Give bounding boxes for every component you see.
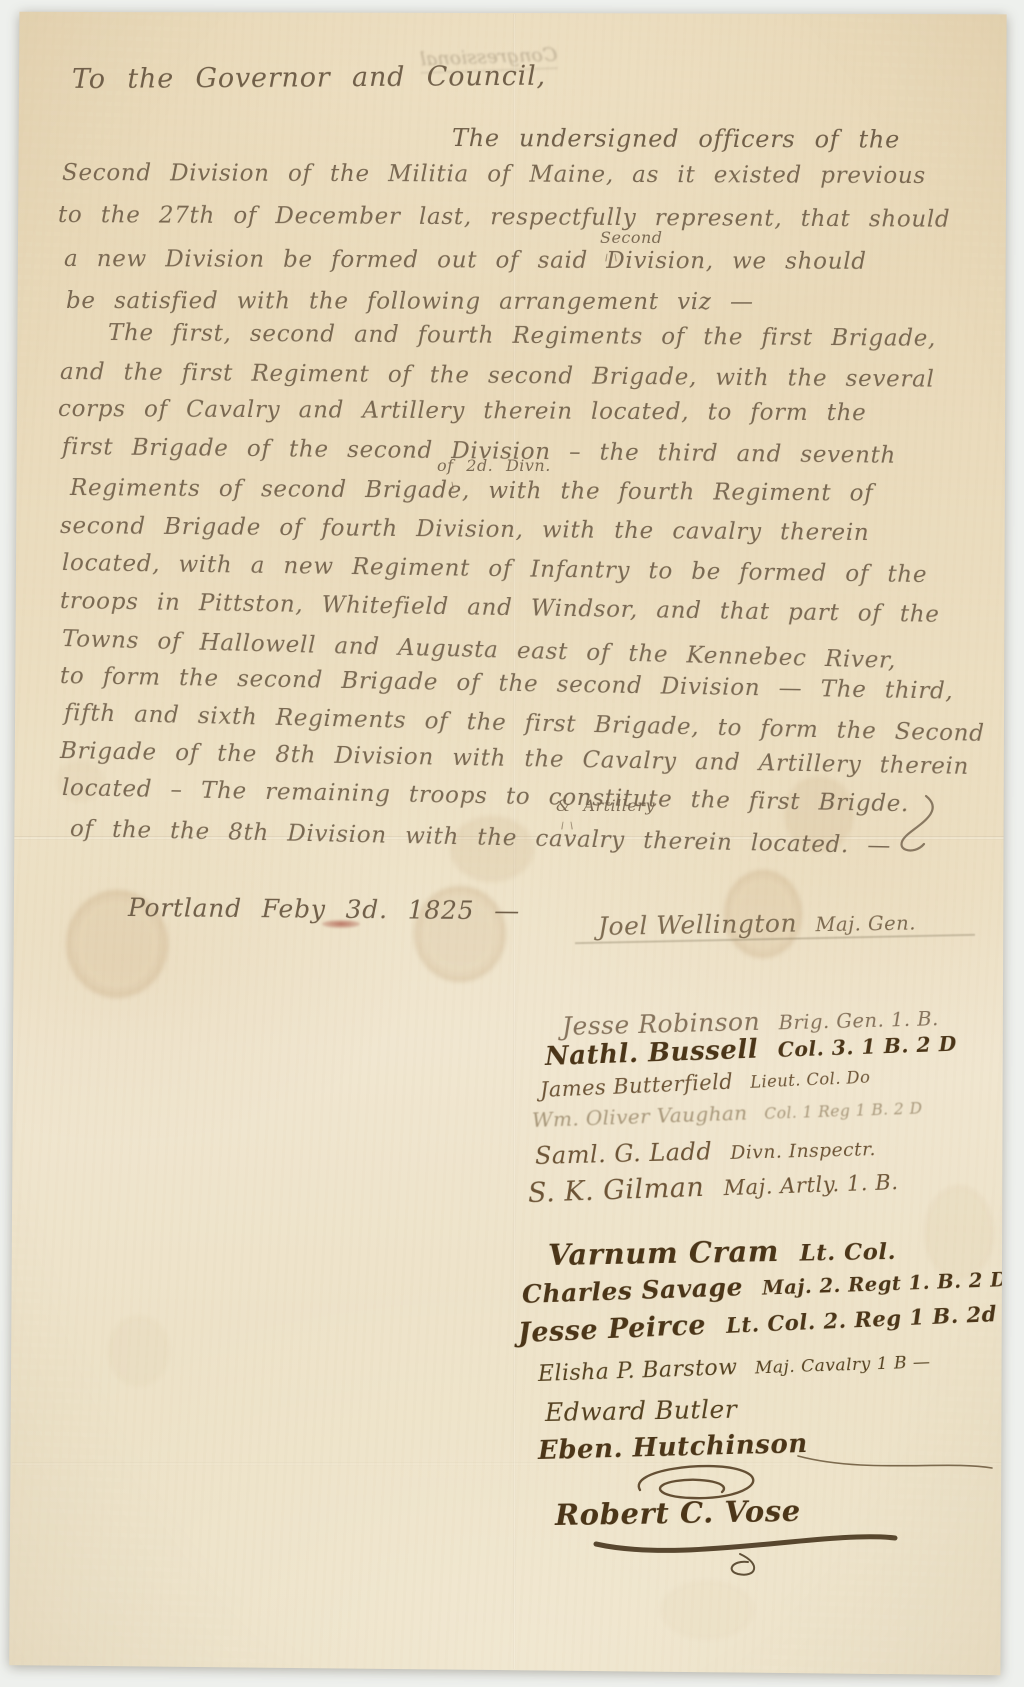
signature-name: Wm. Oliver Vaughan [532, 1100, 748, 1132]
signature-row: S. K. Gilman Maj. Artly. 1. B. [527, 1165, 898, 1209]
signature-rank: Divn. Inspectr. [730, 1139, 876, 1164]
salutation: To the Governor and Council, [72, 61, 546, 95]
letter-line: Regiments of second Brigade, with the fo… [70, 475, 874, 507]
letter-line: located – The remaining troops to consti… [62, 775, 909, 817]
pen-flourish [590, 1528, 920, 1588]
interlinear-insertion: of 2d. Divn. [437, 456, 551, 475]
stain [660, 1580, 755, 1640]
signature-rank: Maj. Gen. [815, 911, 916, 936]
letter-line: located, with a new Regiment of Infantry… [62, 550, 928, 588]
opening-line: The undersigned officers of the [452, 124, 900, 154]
scanned-letter-page: Congressional To the Governor and Counci… [0, 0, 1024, 1687]
signature-name: Varnum Cram [548, 1234, 780, 1272]
interlinear-insertion: & Artillery [556, 796, 655, 815]
underline-swash-icon [796, 1448, 996, 1478]
dateline: Portland Feby 3d. 1825 — [128, 893, 520, 925]
letter-line: to the 27th of December last, respectful… [58, 202, 950, 233]
signature-name: Robert C. Vose [555, 1494, 801, 1532]
signature-row: Elisha P. Barstow Maj. Cavalry 1 B — [538, 1348, 931, 1387]
signature-rank: Lt. Col. [800, 1239, 897, 1267]
signature-rank: Maj. 2. Regt 1. B. 2 D — [762, 1267, 1024, 1300]
letter-line: corps of Cavalry and Artillery therein l… [58, 396, 867, 426]
signature-name: Saml. G. Ladd [535, 1137, 713, 1170]
paper-sheet: Congressional To the Governor and Counci… [0, 0, 1024, 1687]
signature-rank: Lt. Col. 2. Reg 1 B. 2d D. [726, 1300, 1024, 1338]
signature-name: Joel Wellington [598, 909, 798, 941]
signature-name: Elisha P. Barstow [538, 1355, 738, 1387]
signature-row: Varnum Cram Lt. Col. [548, 1232, 897, 1272]
signature-name: Nathl. Bussell [544, 1035, 758, 1072]
interlinear-insertion: Second [600, 228, 662, 247]
signature-row: Joel Wellington Maj. Gen. [598, 906, 916, 941]
signature-rank: Col. 3. 1 B. 2 D [777, 1032, 957, 1062]
letter-line: be satisfied with the following arrangem… [66, 288, 754, 315]
signature-rank: Maj. Cavalry 1 B — [755, 1352, 931, 1378]
pen-flourish [796, 1448, 996, 1478]
signature-name: Charles Savage [521, 1272, 743, 1309]
signature-rank: Col. 1 Reg 1 B. 2 D [764, 1099, 923, 1123]
signature-row: Saml. G. Ladd Divn. Inspectr. [535, 1133, 877, 1170]
swash-icon [884, 792, 946, 874]
signature-row: Robert C. Vose [555, 1494, 811, 1532]
signature-name: S. K. Gilman [527, 1172, 704, 1209]
letter-line: Second Division of the Militia of Maine,… [62, 160, 926, 189]
letter-line: The first, second and fourth Regiments o… [108, 320, 936, 352]
signature-flourish-icon [590, 1528, 920, 1588]
signature-row: Edward Butler [545, 1394, 748, 1427]
pen-flourish [884, 792, 946, 874]
stain [108, 1315, 170, 1387]
signature-name: Jesse Peirce [517, 1310, 706, 1349]
letter-line: second Brigade of fourth Division, with … [60, 513, 870, 546]
letter-line: a new Division be formed out of said Div… [64, 246, 867, 275]
signature-rank: Lieut. Col. Do [750, 1068, 871, 1092]
signature-name: Edward Butler [545, 1395, 738, 1427]
signature-name: James Butterfield [539, 1070, 733, 1102]
signature-row: Wm. Oliver Vaughan Col. 1 Reg 1 B. 2 D [532, 1094, 923, 1132]
letter-line: troops in Pittston, Whitefield and Winds… [60, 588, 940, 628]
letter-line: and the first Regiment of the second Bri… [60, 359, 935, 393]
signature-rank: Maj. Artly. 1. B. [723, 1169, 899, 1200]
